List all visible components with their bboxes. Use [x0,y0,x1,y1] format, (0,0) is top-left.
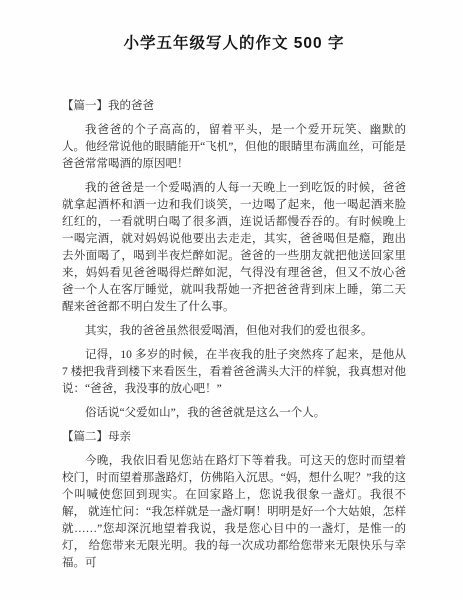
section-1-paragraph-1: 我爸爸的个子高高的，留着平头，是一个爱开玩笑、幽默的人。他经常说他的眼睛能开“飞… [62,122,406,173]
essay-section-2: 【篇二】母亲 今晚，我依旧看见您站在路灯下等着我。可这天的您时而望着校门，时而望… [62,429,406,572]
document-content: 小学五年级写人的作文 500 字 【篇一】我的爸爸 我爸爸的个子高高的，留着平头… [0,0,463,572]
section-2-heading: 【篇二】母亲 [62,429,406,446]
section-1-heading: 【篇一】我的爸爸 [62,98,406,115]
document-title: 小学五年级写人的作文 500 字 [62,34,406,54]
section-1-paragraph-5: 俗话说“父爱如山”，我的爸爸就是这么一个人。 [62,405,406,422]
section-1-paragraph-4: 记得，10 多岁的时候，在半夜我的肚子突然疼了起来，是他从 7 楼把我背到楼下来… [62,347,406,398]
essay-section-1: 【篇一】我的爸爸 我爸爸的个子高高的，留着平头，是一个爱开玩笑、幽默的人。他经常… [62,98,406,422]
section-2-paragraph-1: 今晚，我依旧看见您站在路灯下等着我。可这天的您时而望着校门，时而望着那盏路灯，仿… [62,453,406,572]
section-1-paragraph-2: 我的爸爸是一个爱喝酒的人每一天晚上一到吃饭的时候，爸爸就拿起酒杯和酒一边和我们谈… [62,180,406,316]
document-page: 小学五年级写人的作文 500 字 【篇一】我的爸爸 我爸爸的个子高高的，留着平头… [0,0,463,600]
section-1-paragraph-3: 其实，我的爸爸虽然很爱喝酒，但他对我们的爱也很多。 [62,323,406,340]
